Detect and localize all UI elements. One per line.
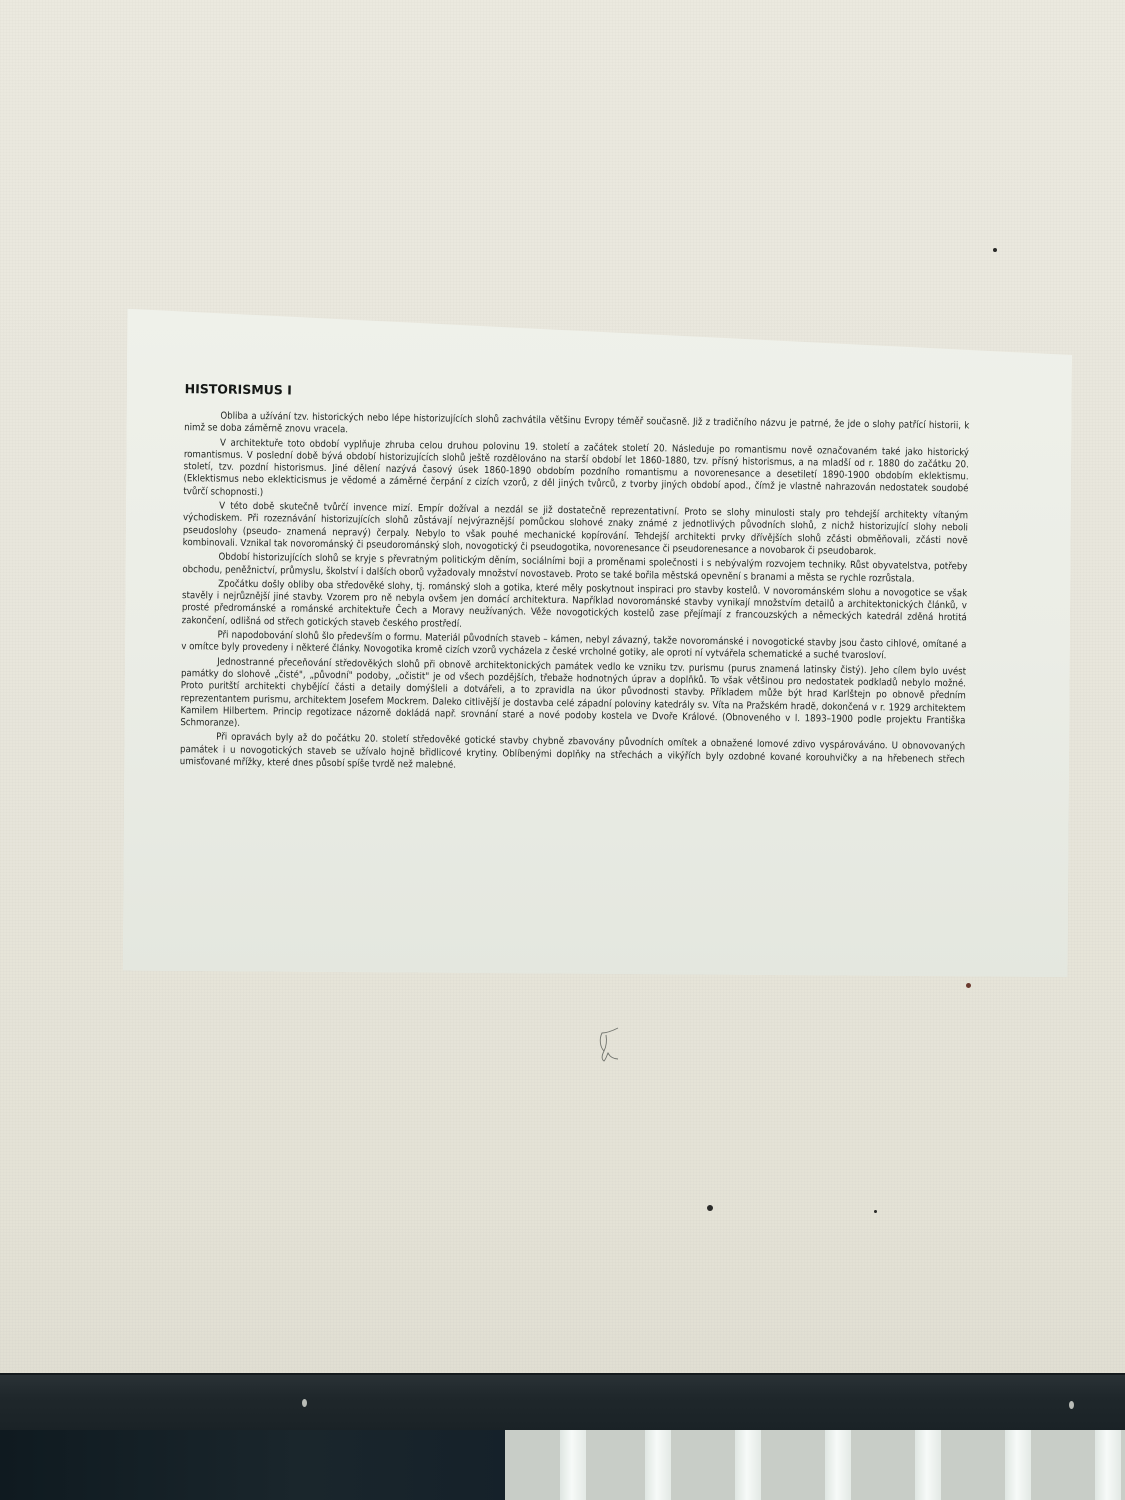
radiator-fin bbox=[735, 1430, 761, 1500]
paragraph: V architektuře toto období vyplňuje zhru… bbox=[183, 437, 969, 509]
paragraph: Jednostranné přeceňování středověkých sl… bbox=[180, 656, 966, 740]
radiator-fin bbox=[825, 1430, 851, 1500]
document-title: HISTORISMUS I bbox=[185, 381, 970, 406]
radiator-fin bbox=[1005, 1430, 1031, 1500]
paragraph: Při opravách byly až do počátku 20. stol… bbox=[180, 732, 965, 779]
dust-speck bbox=[874, 1210, 877, 1213]
radiator-fin bbox=[1095, 1430, 1121, 1500]
dust-speck bbox=[707, 1205, 713, 1211]
document-body: HISTORISMUS I Obliba a užívání tzv. hist… bbox=[180, 381, 970, 781]
document-sheet: HISTORISMUS I Obliba a užívání tzv. hist… bbox=[123, 309, 1073, 978]
dust-speck bbox=[993, 248, 997, 252]
mounting-rail bbox=[0, 1373, 1125, 1432]
pencil-signature-mark bbox=[596, 1025, 626, 1065]
radiator-fin bbox=[915, 1430, 941, 1500]
linen-board-background: HISTORISMUS I Obliba a užívání tzv. hist… bbox=[0, 0, 1125, 1380]
paragraph: V této době skutečně tvůrčí invence mizí… bbox=[183, 500, 969, 559]
radiator-fin bbox=[560, 1430, 586, 1500]
paragraph: Zpočátku došly obliby oba středověké slo… bbox=[182, 578, 968, 637]
radiator-fin bbox=[645, 1430, 671, 1500]
rail-screw-hole bbox=[1069, 1401, 1074, 1409]
dark-fabric bbox=[0, 1430, 505, 1500]
room-below-board bbox=[0, 1430, 1125, 1500]
dust-speck bbox=[966, 983, 971, 988]
rail-screw-hole bbox=[302, 1399, 307, 1407]
